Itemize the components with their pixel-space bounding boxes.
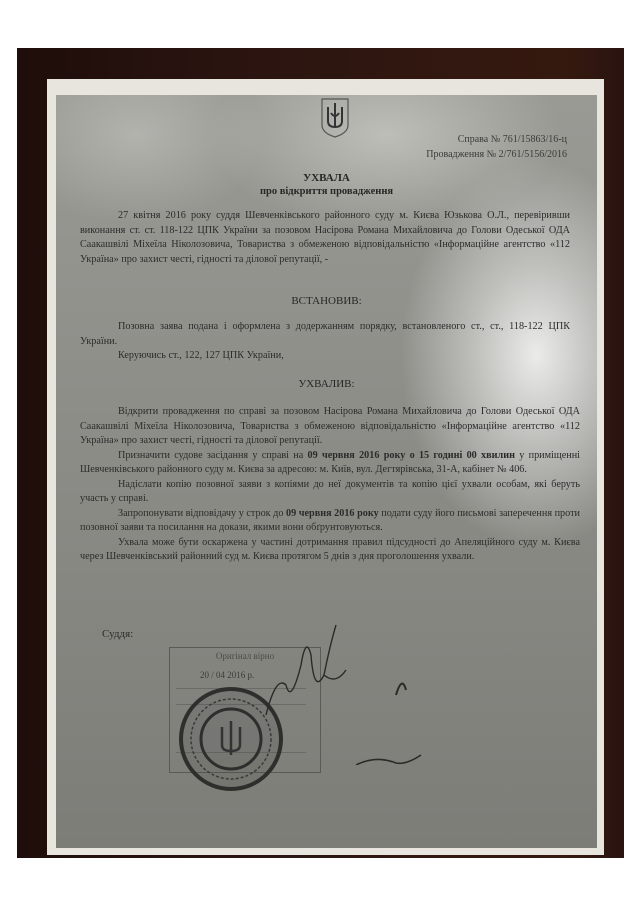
decided-paragraph-2: Призначити судове засідання у справі на … [80,449,580,478]
decided-paragraph-4: Запропонувати відповідачу у строк до 09 … [80,507,580,536]
established-section: Позовна заява подана і оформлена з додер… [80,320,570,364]
decided-paragraph-5: Ухвала може бути оскаржена у частині дот… [80,536,580,565]
text-span: Призначити судове засідання у справі на [118,450,308,461]
section-decided: УХВАЛИВ: [56,378,597,390]
judge-signature [206,615,446,765]
intro-section: 27 квітня 2016 року суддя Шевченківськог… [80,209,570,267]
intro-paragraph: 27 квітня 2016 року суддя Шевченківськог… [80,209,570,267]
document-subtitle: про відкриття провадження [56,186,597,197]
document-title: УХВАЛА [56,172,597,184]
proceeding-number: Провадження № 2/761/5156/2016 [426,147,567,162]
hearing-date: 09 червня 2016 року о 15 годині 00 хвили… [308,450,515,461]
decided-paragraph-1: Відкрити провадження по справі за позово… [80,405,580,449]
deadline-date: 09 червня 2016 року [286,508,379,519]
document-page: Справа № 761/15863/16-ц Провадження № 2/… [56,95,597,848]
section-established: ВСТАНОВИВ: [56,295,597,307]
decided-section: Відкрити провадження по справі за позово… [80,405,580,565]
established-paragraph-1: Позовна заява подана і оформлена з додер… [80,320,570,349]
case-numbers: Справа № 761/15863/16-ц Провадження № 2/… [426,132,567,162]
decided-paragraph-3: Надіслати копію позовної заяви з копіями… [80,478,580,507]
text-span: Запропонувати відповідачу у строк до [118,508,286,519]
established-paragraph-2: Керуючись ст., 122, 127 ЦПК України, [80,349,570,364]
case-number: Справа № 761/15863/16-ц [426,132,567,147]
judge-label: Суддя: [102,627,133,642]
coat-of-arms-icon [320,97,350,139]
